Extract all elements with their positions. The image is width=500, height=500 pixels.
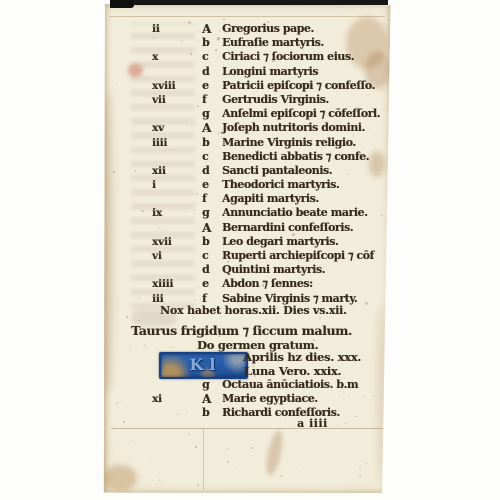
speckle <box>228 84 230 86</box>
speckle <box>116 83 117 84</box>
speckle <box>151 457 152 458</box>
speckle <box>194 209 196 211</box>
speckle <box>232 464 234 466</box>
speckle <box>188 433 190 435</box>
speckle <box>176 332 179 335</box>
speckle <box>217 132 219 134</box>
speckle <box>121 401 123 403</box>
speckle <box>131 440 132 441</box>
speckle <box>197 105 199 107</box>
speckle <box>219 30 221 32</box>
speckle <box>227 261 229 263</box>
speckle <box>343 398 345 400</box>
speckle <box>221 136 222 137</box>
speckle <box>338 424 340 426</box>
speckle <box>285 417 286 418</box>
speckle <box>272 72 274 74</box>
speckle <box>293 185 295 187</box>
speckle <box>299 355 301 357</box>
speckle <box>119 181 120 182</box>
speckle <box>345 422 347 424</box>
speckle <box>153 36 155 38</box>
speckle <box>320 142 322 144</box>
photo-backdrop: ii A Gregorius pape. b Eufraſie martyris… <box>0 0 500 500</box>
speckle <box>267 21 269 23</box>
speckle <box>292 233 294 235</box>
speckle <box>123 421 125 423</box>
speckle <box>352 135 354 137</box>
speckle <box>252 365 255 368</box>
speckle <box>290 200 292 202</box>
speckle <box>251 447 253 449</box>
speckle <box>262 284 264 286</box>
speckle <box>371 151 372 152</box>
speckle <box>377 174 378 175</box>
speckle <box>359 475 361 477</box>
speckle <box>195 300 197 302</box>
speckle <box>113 171 115 173</box>
speckle <box>177 413 178 414</box>
speckle <box>257 150 259 152</box>
speckle <box>277 361 279 363</box>
speckle <box>337 333 340 336</box>
speckle <box>280 475 282 477</box>
speckle <box>191 125 193 127</box>
speckle <box>227 406 229 408</box>
speckle <box>226 448 228 450</box>
speckle <box>129 346 131 348</box>
speckle <box>373 395 375 397</box>
speckle <box>302 468 304 470</box>
speckle <box>313 339 314 340</box>
speckle <box>154 93 155 94</box>
speckle <box>203 183 205 185</box>
speckle <box>138 320 140 322</box>
speckle <box>277 413 279 415</box>
speckle <box>298 260 300 262</box>
speckle <box>366 94 368 96</box>
speckle <box>374 134 375 135</box>
speckle <box>139 297 141 299</box>
speckle <box>151 313 152 314</box>
speckle <box>128 442 130 444</box>
speckle <box>116 402 118 404</box>
speckle <box>276 307 278 309</box>
foxing-speckles <box>103 3 391 494</box>
speckle <box>272 60 274 62</box>
speckle <box>381 214 383 216</box>
speckle <box>227 461 229 463</box>
speckle <box>158 402 159 403</box>
speckle <box>267 276 268 277</box>
speckle <box>182 327 184 329</box>
speckle <box>355 416 356 417</box>
speckle <box>225 126 227 128</box>
speckle <box>287 40 289 42</box>
speckle <box>254 375 256 377</box>
speckle <box>248 45 250 47</box>
speckle <box>340 14 341 15</box>
speckle <box>135 170 136 171</box>
speckle <box>195 446 197 448</box>
speckle <box>357 107 359 109</box>
speckle <box>126 316 128 318</box>
speckle <box>263 109 265 111</box>
speckle <box>190 53 192 55</box>
speckle <box>332 118 333 119</box>
speckle <box>297 194 299 196</box>
speckle <box>282 210 284 212</box>
speckle <box>340 367 341 368</box>
speckle <box>188 21 190 23</box>
speckle <box>185 212 186 213</box>
speckle <box>172 346 174 348</box>
speckle <box>282 369 284 371</box>
speckle <box>215 49 217 51</box>
speckle <box>196 193 198 195</box>
speckle <box>197 484 199 486</box>
speckle <box>235 258 237 260</box>
speckle <box>165 230 167 232</box>
speckle <box>269 307 271 309</box>
speckle <box>171 149 172 150</box>
speckle <box>158 227 159 228</box>
speckle <box>302 49 303 50</box>
speckle <box>291 207 293 209</box>
speckle <box>257 455 258 456</box>
speckle <box>279 96 280 97</box>
speckle <box>181 40 183 42</box>
manuscript-leaf: ii A Gregorius pape. b Eufraſie martyris… <box>103 3 391 494</box>
speckle <box>347 173 349 175</box>
speckle <box>255 156 256 157</box>
speckle <box>319 317 321 319</box>
scan-edge-blob <box>110 0 134 8</box>
speckle <box>217 37 220 40</box>
speckle <box>158 479 160 481</box>
scan-edge-bar <box>110 0 388 5</box>
speckle <box>363 396 364 397</box>
speckle <box>141 210 143 212</box>
speckle <box>365 302 368 305</box>
speckle <box>366 462 367 463</box>
speckle <box>295 172 298 175</box>
speckle <box>218 335 220 337</box>
speckle <box>359 467 361 469</box>
speckle <box>143 344 145 346</box>
speckle <box>145 96 147 98</box>
speckle <box>223 18 225 20</box>
speckle <box>282 186 284 188</box>
speckle <box>225 253 227 255</box>
speckle <box>186 412 188 414</box>
